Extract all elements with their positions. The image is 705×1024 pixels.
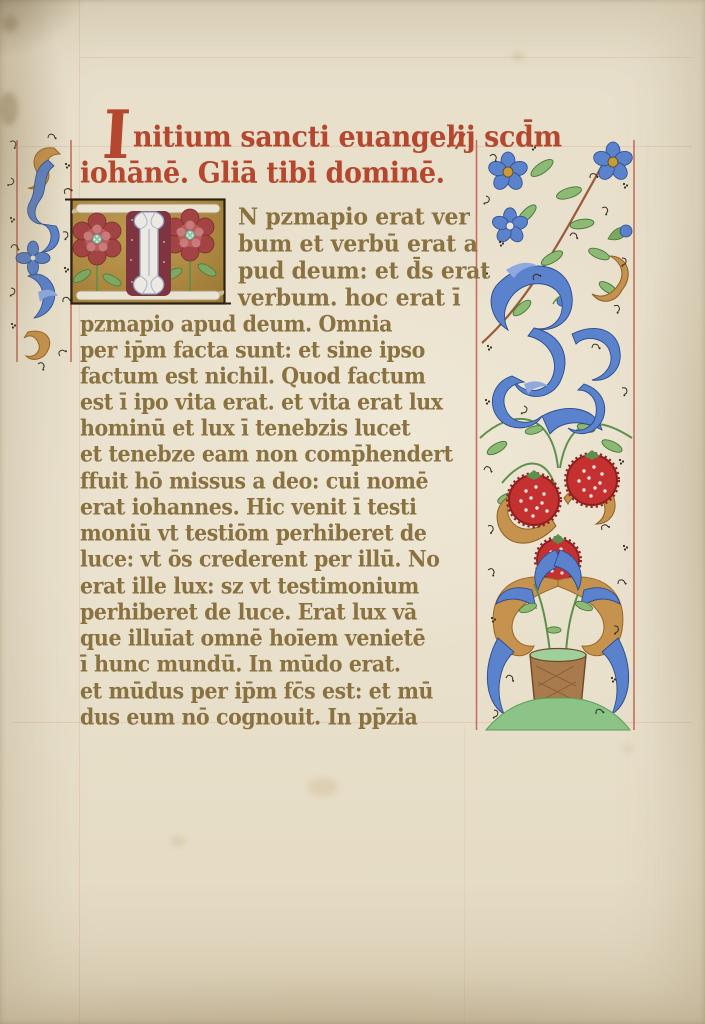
text-line: pzmapio apud deum. Omnia — [80, 311, 392, 337]
text-line: moniū vt testiōm perhiberet de — [80, 520, 427, 546]
foxing-spot — [622, 744, 634, 753]
text-line: erat iohannes. Hic venit ī testi — [80, 494, 417, 520]
blue-acanthus-left — [28, 160, 60, 318]
text-line: pud deum: et d̄s erat — [238, 257, 490, 285]
text-line: dus eum nō cognouit. In pp̄zia — [80, 704, 417, 730]
blue-quatrefoil-flower — [16, 241, 50, 275]
text-line: factum est nichil. Quod factum — [80, 363, 425, 389]
text-line: ffuit hō missus a deo: cui nomē — [80, 468, 428, 494]
text-line: et mūdus per ip̄m fc̄s est: et mū — [80, 678, 433, 704]
text-line: erat ille lux: sz vt testimonium — [80, 573, 419, 599]
gold-acanthus-curl-bottom — [24, 331, 50, 359]
foxing-spot — [170, 836, 186, 847]
text-line: que illuīat omnē hoīem venietē — [80, 625, 425, 651]
text-line: N pzmapio erat ver — [238, 203, 470, 231]
grass-mound — [486, 698, 630, 730]
blue-acanthus-scroll — [491, 263, 620, 434]
text-line: est ī ipo vita erat. et vita erat lux — [80, 389, 443, 415]
text-line: hominū et lux ī tenebzis lucet — [80, 415, 410, 441]
illuminated-initial-panel — [69, 196, 227, 310]
strapwork-initial-I — [126, 211, 171, 296]
text-line: perhiberet de luce. Erat lux vā — [80, 599, 417, 625]
text-line: verbum. hoc erat ī — [238, 284, 461, 312]
ruling-horizontal-top — [80, 57, 692, 58]
foxing-spot — [308, 778, 338, 796]
rose-icon-left — [71, 213, 123, 291]
right-border-illumination — [472, 138, 638, 734]
edge-stain — [2, 16, 18, 32]
foxing-spot — [512, 52, 524, 61]
blue-bud — [608, 225, 632, 240]
text-line: ī hunc mundū. In mūdo erat. — [80, 651, 401, 677]
edge-stain — [0, 92, 18, 126]
left-border-illumination — [8, 136, 76, 372]
text-line: luce: vt ōs crederent per illū. No — [80, 546, 440, 572]
text-line: et tenebze eam non comp̄hendert — [80, 441, 453, 467]
rubric-line-2: iohānē. Gliā tibi dominē. — [80, 157, 445, 190]
rubric-line-1: nitium sancti euangelij scd̄m — [133, 121, 562, 154]
ruling-vertical-right — [464, 726, 465, 1024]
text-line: per ip̄m facta sunt: et sine ipso — [80, 337, 425, 363]
manuscript-page: I nitium sancti euangelij scd̄m ∕∕ iohān… — [0, 0, 705, 1024]
text-line: bum et verbū erat a — [238, 230, 478, 258]
